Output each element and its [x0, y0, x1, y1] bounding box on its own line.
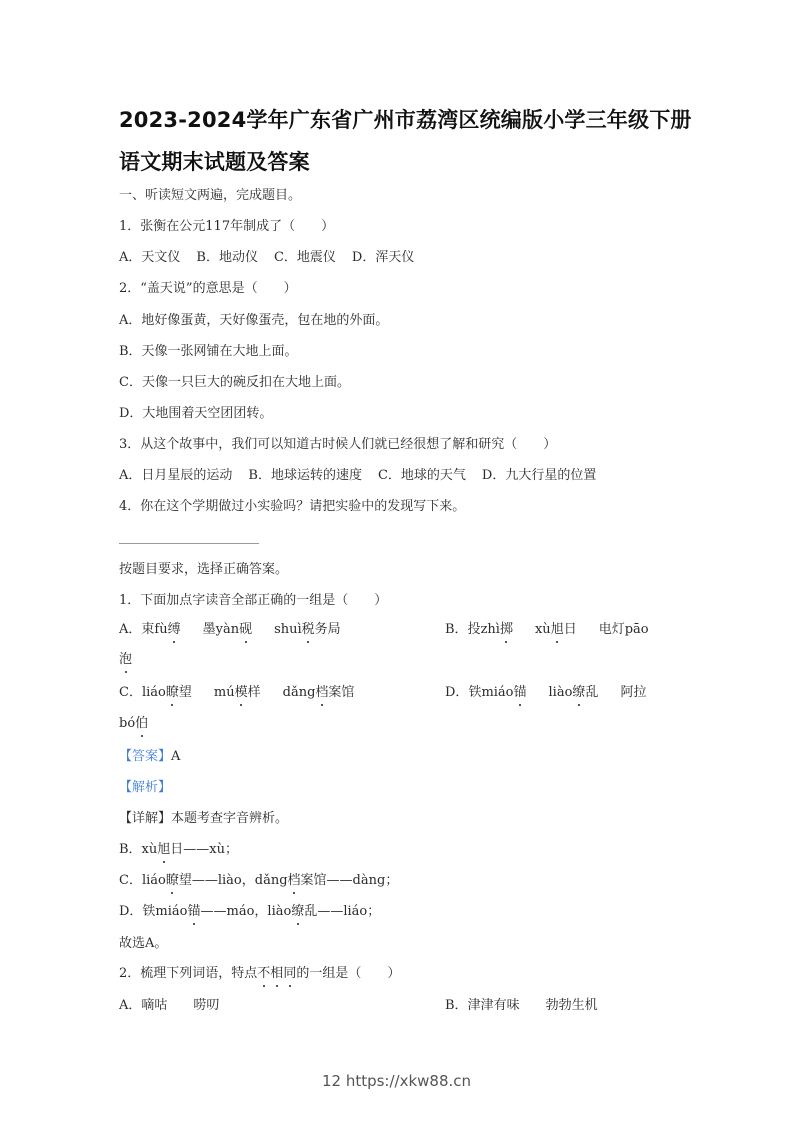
document-title-line1: 2023-2024学年广东省广州市荔湾区统编版小学三年级下册	[119, 104, 692, 134]
s2-q1-option-b-wrap: 泡	[119, 652, 132, 668]
detail-b: B．xù旭日——xù；	[119, 842, 238, 858]
s1-q3-option-c: C．地球的天气	[378, 468, 466, 483]
s2-q1-option-a: A．束fù缚墨yàn砚shuì税务局	[119, 622, 341, 638]
detail-d: D．铁miáo锚——máo，liào缭乱——liáo；	[119, 904, 380, 920]
footer-url[interactable]: https://xkw88.cn	[346, 1072, 471, 1090]
s2-q1-option-d-wrap: bó伯	[119, 716, 148, 732]
s1-q2-option-d: D．大地围着天空团团转。	[119, 406, 272, 422]
s1-q1-option-a: A．天文仪	[119, 250, 180, 265]
detail-label: 【详解】	[119, 811, 171, 826]
section1-heading: 一、听读短文两遍，完成题目。	[119, 188, 301, 204]
s1-q1-options: A．天文仪B．地动仪C．地震仪D．浑天仪	[119, 250, 414, 266]
s1-q1-option-d: D．浑天仪	[352, 250, 414, 265]
page-number: 12	[322, 1072, 341, 1090]
s1-q3-option-a: A．日月星辰的运动	[119, 468, 232, 483]
s1-q3-option-d: D．九大行星的位置	[482, 468, 596, 483]
answer-label: 【答案】	[119, 749, 171, 764]
s2-q1-option-d: D．铁miáo锚liào缭乱阿拉	[445, 685, 646, 701]
document-title-line2: 语文期末试题及答案	[119, 146, 310, 176]
detail-text: 本题考查字音辨析。	[171, 811, 288, 826]
s1-q1-stem: 1．张衡在公元117年制成了（ ）	[119, 219, 334, 235]
answer-line: 【答案】A	[119, 749, 180, 765]
s1-q3-stem: 3．从这个故事中，我们可以知道古时候人们就已经很想了解和研究（ ）	[119, 437, 556, 453]
s2-q2-option-a: A．嘀咕唠叨	[119, 998, 219, 1014]
s1-q2-option-c: C．天像一只巨大的碗反扣在大地上面。	[119, 375, 350, 391]
analysis-label: 【解析】	[119, 780, 171, 796]
detail-line: 【详解】本题考查字音辨析。	[119, 811, 288, 827]
detail-c: C．liáo瞭望——liào，dǎng档案馆——dàng；	[119, 873, 398, 889]
conclusion: 故选A。	[119, 936, 167, 952]
s1-q1-option-b: B．地动仪	[196, 250, 258, 265]
s2-q2-stem: 2．梳理下列词语，特点不相同的一组是（ ）	[119, 966, 400, 982]
s2-q1-option-c: C．liáo瞭望mú模样dǎng档案馆	[119, 685, 354, 701]
s2-q2-option-b: B．津津有味勃勃生机	[445, 998, 598, 1014]
s1-q2-stem: 2．“盖天说”的意思是（ ）	[119, 281, 297, 297]
page-footer: 12 https://xkw88.cn	[0, 1072, 793, 1090]
s1-q2-option-b: B．天像一张网铺在大地上面。	[119, 344, 298, 360]
s2-q1-stem: 1．下面加点字读音全部正确的一组是（ ）	[119, 593, 387, 609]
s1-q2-option-a: A．地好像蛋黄，天好像蛋壳，包在地的外面。	[119, 313, 388, 329]
s1-q3-options: A．日月星辰的运动B．地球运转的速度C．地球的天气D．九大行星的位置	[119, 468, 596, 484]
section2-heading: 按题目要求，选择正确答案。	[119, 562, 288, 578]
s1-q3-option-b: B．地球运转的速度	[248, 468, 362, 483]
answer-value: A	[171, 749, 180, 764]
s1-q1-option-c: C．地震仪	[274, 250, 336, 265]
section-divider	[119, 543, 259, 544]
s1-q4-stem: 4．你在这个学期做过小实验吗？请把实验中的发现写下来。	[119, 499, 465, 515]
s2-q1-option-b: B．投zhì掷xù旭日电灯pāo	[445, 622, 649, 638]
